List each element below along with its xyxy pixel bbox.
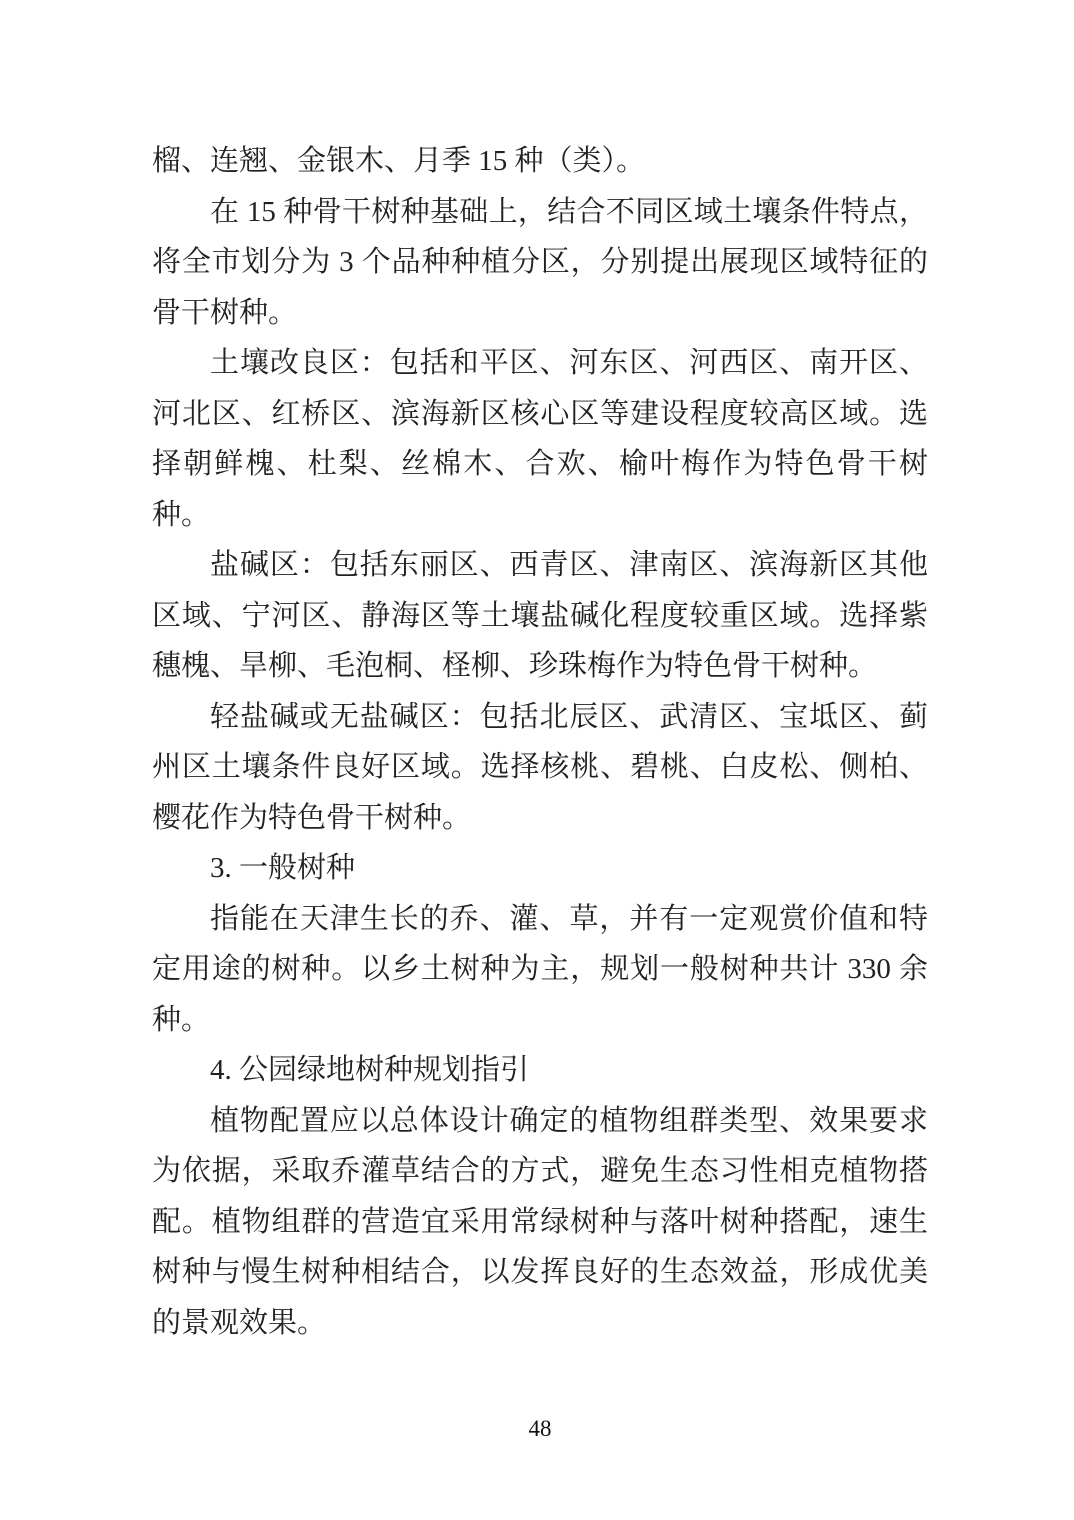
text-line: 定用途的树种。以乡土树种为主，规划一般树种共计 330 余 [152, 944, 928, 995]
document-page: 榴、连翘、金银木、月季 15 种（类）。在 15 种骨干树种基础上，结合不同区域… [0, 0, 1074, 1520]
text-line: 择朝鲜槐、杜梨、丝棉木、合欢、榆叶梅作为特色骨干树 [152, 439, 928, 490]
text-line: 轻盐碱或无盐碱区：包括北辰区、武清区、宝坻区、蓟 [152, 692, 928, 743]
text-block: 榴、连翘、金银木、月季 15 种（类）。在 15 种骨干树种基础上，结合不同区域… [152, 136, 928, 1348]
text-line: 的景观效果。 [152, 1298, 928, 1349]
text-line: 为依据，采取乔灌草结合的方式，避免生态习性相克植物搭 [152, 1146, 928, 1197]
text-line: 州区土壤条件良好区域。选择核桃、碧桃、白皮松、侧柏、 [152, 742, 928, 793]
text-line: 4. 公园绿地树种规划指引 [152, 1045, 928, 1096]
text-line: 种。 [152, 995, 928, 1046]
page-number: 48 [152, 1412, 928, 1446]
text-line: 河北区、红桥区、滨海新区核心区等建设程度较高区域。选 [152, 389, 928, 440]
text-line: 种。 [152, 490, 928, 541]
text-line: 配。植物组群的营造宜采用常绿树种与落叶树种搭配，速生 [152, 1197, 928, 1248]
text-line: 区域、宁河区、静海区等土壤盐碱化程度较重区域。选择紫 [152, 591, 928, 642]
text-line: 树种与慢生树种相结合，以发挥良好的生态效益，形成优美 [152, 1247, 928, 1298]
text-line: 3. 一般树种 [152, 843, 928, 894]
text-line: 在 15 种骨干树种基础上，结合不同区域土壤条件特点， [152, 187, 928, 238]
text-line: 骨干树种。 [152, 288, 928, 339]
text-line: 将全市划分为 3 个品种种植分区，分别提出展现区域特征的 [152, 237, 928, 288]
text-line: 土壤改良区：包括和平区、河东区、河西区、南开区、 [152, 338, 928, 389]
text-line: 樱花作为特色骨干树种。 [152, 793, 928, 844]
text-line: 植物配置应以总体设计确定的植物组群类型、效果要求 [152, 1096, 928, 1147]
text-line: 榴、连翘、金银木、月季 15 种（类）。 [152, 136, 928, 187]
text-line: 盐碱区：包括东丽区、西青区、津南区、滨海新区其他 [152, 540, 928, 591]
text-line: 穗槐、旱柳、毛泡桐、柽柳、珍珠梅作为特色骨干树种。 [152, 641, 928, 692]
text-line: 指能在天津生长的乔、灌、草，并有一定观赏价值和特 [152, 894, 928, 945]
